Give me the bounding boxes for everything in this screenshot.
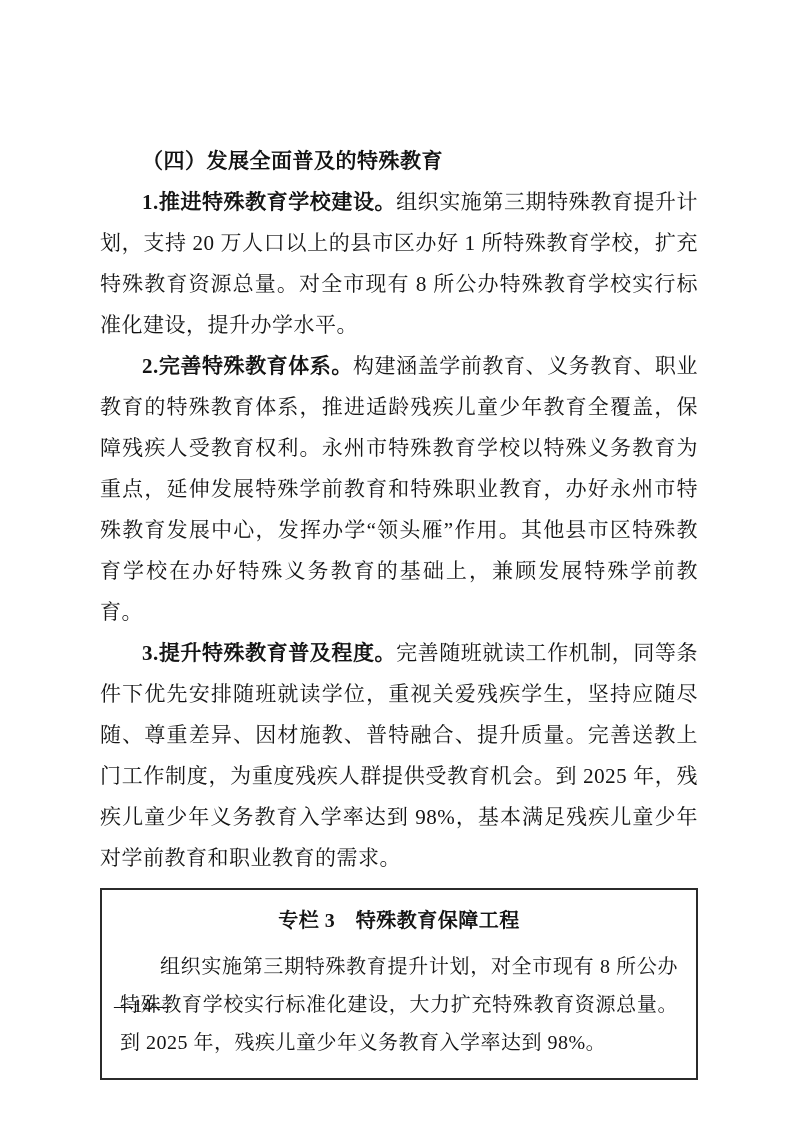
- paragraph-2: 2.完善特殊教育体系。构建涵盖学前教育、义务教育、职业教育的特殊教育体系，推进适…: [100, 346, 698, 633]
- paragraph-2-lead: 2.完善特殊教育体系。: [142, 354, 353, 378]
- paragraph-2-body: 构建涵盖学前教育、义务教育、职业教育的特殊教育体系，推进适龄残疾儿童少年教育全覆…: [100, 354, 698, 624]
- page-number: —14—: [114, 995, 171, 1019]
- paragraph-3-body: 完善随班就读工作机制，同等条件下优先安排随班就读学位，重视关爱残疾学生，坚持应随…: [100, 641, 698, 870]
- callout-box-body: 组织实施第三期特殊教育提升计划，对全市现有 8 所公办特殊教育学校实行标准化建设…: [120, 948, 678, 1062]
- paragraph-1-lead: 1.推进特殊教育学校建设。: [142, 190, 396, 214]
- paragraph-3-lead: 3.提升特殊教育普及程度。: [142, 641, 396, 665]
- callout-box: 专栏 3 特殊教育保障工程 组织实施第三期特殊教育提升计划，对全市现有 8 所公…: [100, 888, 698, 1080]
- section-heading: （四）发展全面普及的特殊教育: [100, 141, 698, 182]
- paragraph-3: 3.提升特殊教育普及程度。完善随班就读工作机制，同等条件下优先安排随班就读学位，…: [100, 633, 698, 879]
- callout-box-title: 专栏 3 特殊教育保障工程: [120, 902, 678, 940]
- document-page: （四）发展全面普及的特殊教育 1.推进特殊教育学校建设。组织实施第三期特殊教育提…: [0, 0, 793, 1122]
- paragraph-1: 1.推进特殊教育学校建设。组织实施第三期特殊教育提升计划，支持 20 万人口以上…: [100, 182, 698, 346]
